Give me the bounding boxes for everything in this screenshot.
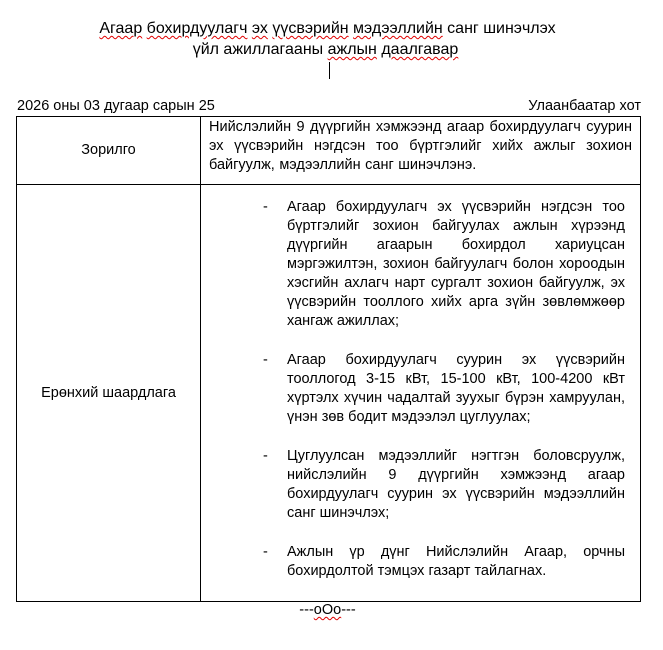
misspelled-word: даалгавар [381, 41, 458, 58]
list-item-text: Ажлын үр дүнг Нийслэлийн Агаар, орчны бо… [287, 544, 625, 579]
goal-label: Зорилго [81, 142, 135, 158]
goal-text: Нийслэлийн 9 дүүргийн хэмжээнд агаар бох… [201, 117, 640, 175]
list-item: -Ажлын үр дүнг Нийслэлийн Агаар, орчны б… [201, 543, 625, 581]
list-item: -Агаар бохирдуулагч суурин эх үүсвэрийн … [201, 351, 625, 427]
list-item: -Агаар бохирдуулагч эх үүсвэрийн нэгдсэн… [201, 198, 625, 331]
requirements-list: -Агаар бохирдуулагч эх үүсвэрийн нэгдсэн… [201, 185, 640, 581]
goal-content-cell: Нийслэлийн 9 дүүргийн хэмжээнд агаар бох… [201, 117, 641, 185]
footer-dashes-right: --- [341, 602, 356, 618]
table-row-goal: Зорилго Нийслэлийн 9 дүүргийн хэмжээнд а… [17, 117, 641, 185]
misspelled-word: үүсвэрийн [272, 20, 348, 37]
text-cursor [329, 62, 330, 79]
document-title-line-1: Агаар бохирдуулагч эх үүсвэрийн мэдээлли… [0, 18, 659, 39]
document-footer: ---oOo--- [0, 602, 663, 618]
dash-bullet-icon: - [263, 447, 268, 466]
misspelled-word: мэдээллийн [353, 20, 443, 37]
list-item: -Цуглуулсан мэдээллийг нэгтгэн боловсруу… [201, 447, 625, 523]
table-row-requirements: Ерөнхий шаардлага -Агаар бохирдуулагч эх… [17, 185, 641, 602]
misspelled-word: ажлын [328, 41, 377, 58]
document-title-line-2: үйл ажиллагааны ажлын даалгавар [0, 39, 657, 60]
document-city: Улаанбаатар хот [528, 97, 641, 115]
dash-bullet-icon: - [263, 198, 268, 217]
task-table: Зорилго Нийслэлийн 9 дүүргийн хэмжээнд а… [16, 116, 641, 602]
requirements-label-cell: Ерөнхий шаардлага [17, 185, 201, 602]
list-item-text: Агаар бохирдуулагч суурин эх үүсвэрийн т… [287, 352, 625, 425]
goal-label-cell: Зорилго [17, 117, 201, 185]
footer-dashes-left: --- [299, 602, 314, 618]
list-item-text: Агаар бохирдуулагч эх үүсвэрийн нэгдсэн … [287, 199, 625, 329]
dash-bullet-icon: - [263, 351, 268, 370]
document-date: 2026 оны 03 дугаар сарын 25 [17, 97, 215, 115]
misspelled-word: бохирдуулагч [147, 20, 248, 37]
requirements-label: Ерөнхий шаардлага [41, 385, 176, 401]
misspelled-word: эх [252, 20, 268, 37]
dash-bullet-icon: - [263, 543, 268, 562]
title-text: санг шинэчлэх [443, 20, 556, 37]
requirements-content-cell: -Агаар бохирдуулагч эх үүсвэрийн нэгдсэн… [201, 185, 641, 602]
list-item-text: Цуглуулсан мэдээллийг нэгтгэн боловсруул… [287, 448, 625, 521]
footer-ooo: oOo [314, 602, 341, 618]
misspelled-word: Агаар [99, 20, 142, 37]
title-text: үйл ажиллагааны [193, 41, 328, 58]
